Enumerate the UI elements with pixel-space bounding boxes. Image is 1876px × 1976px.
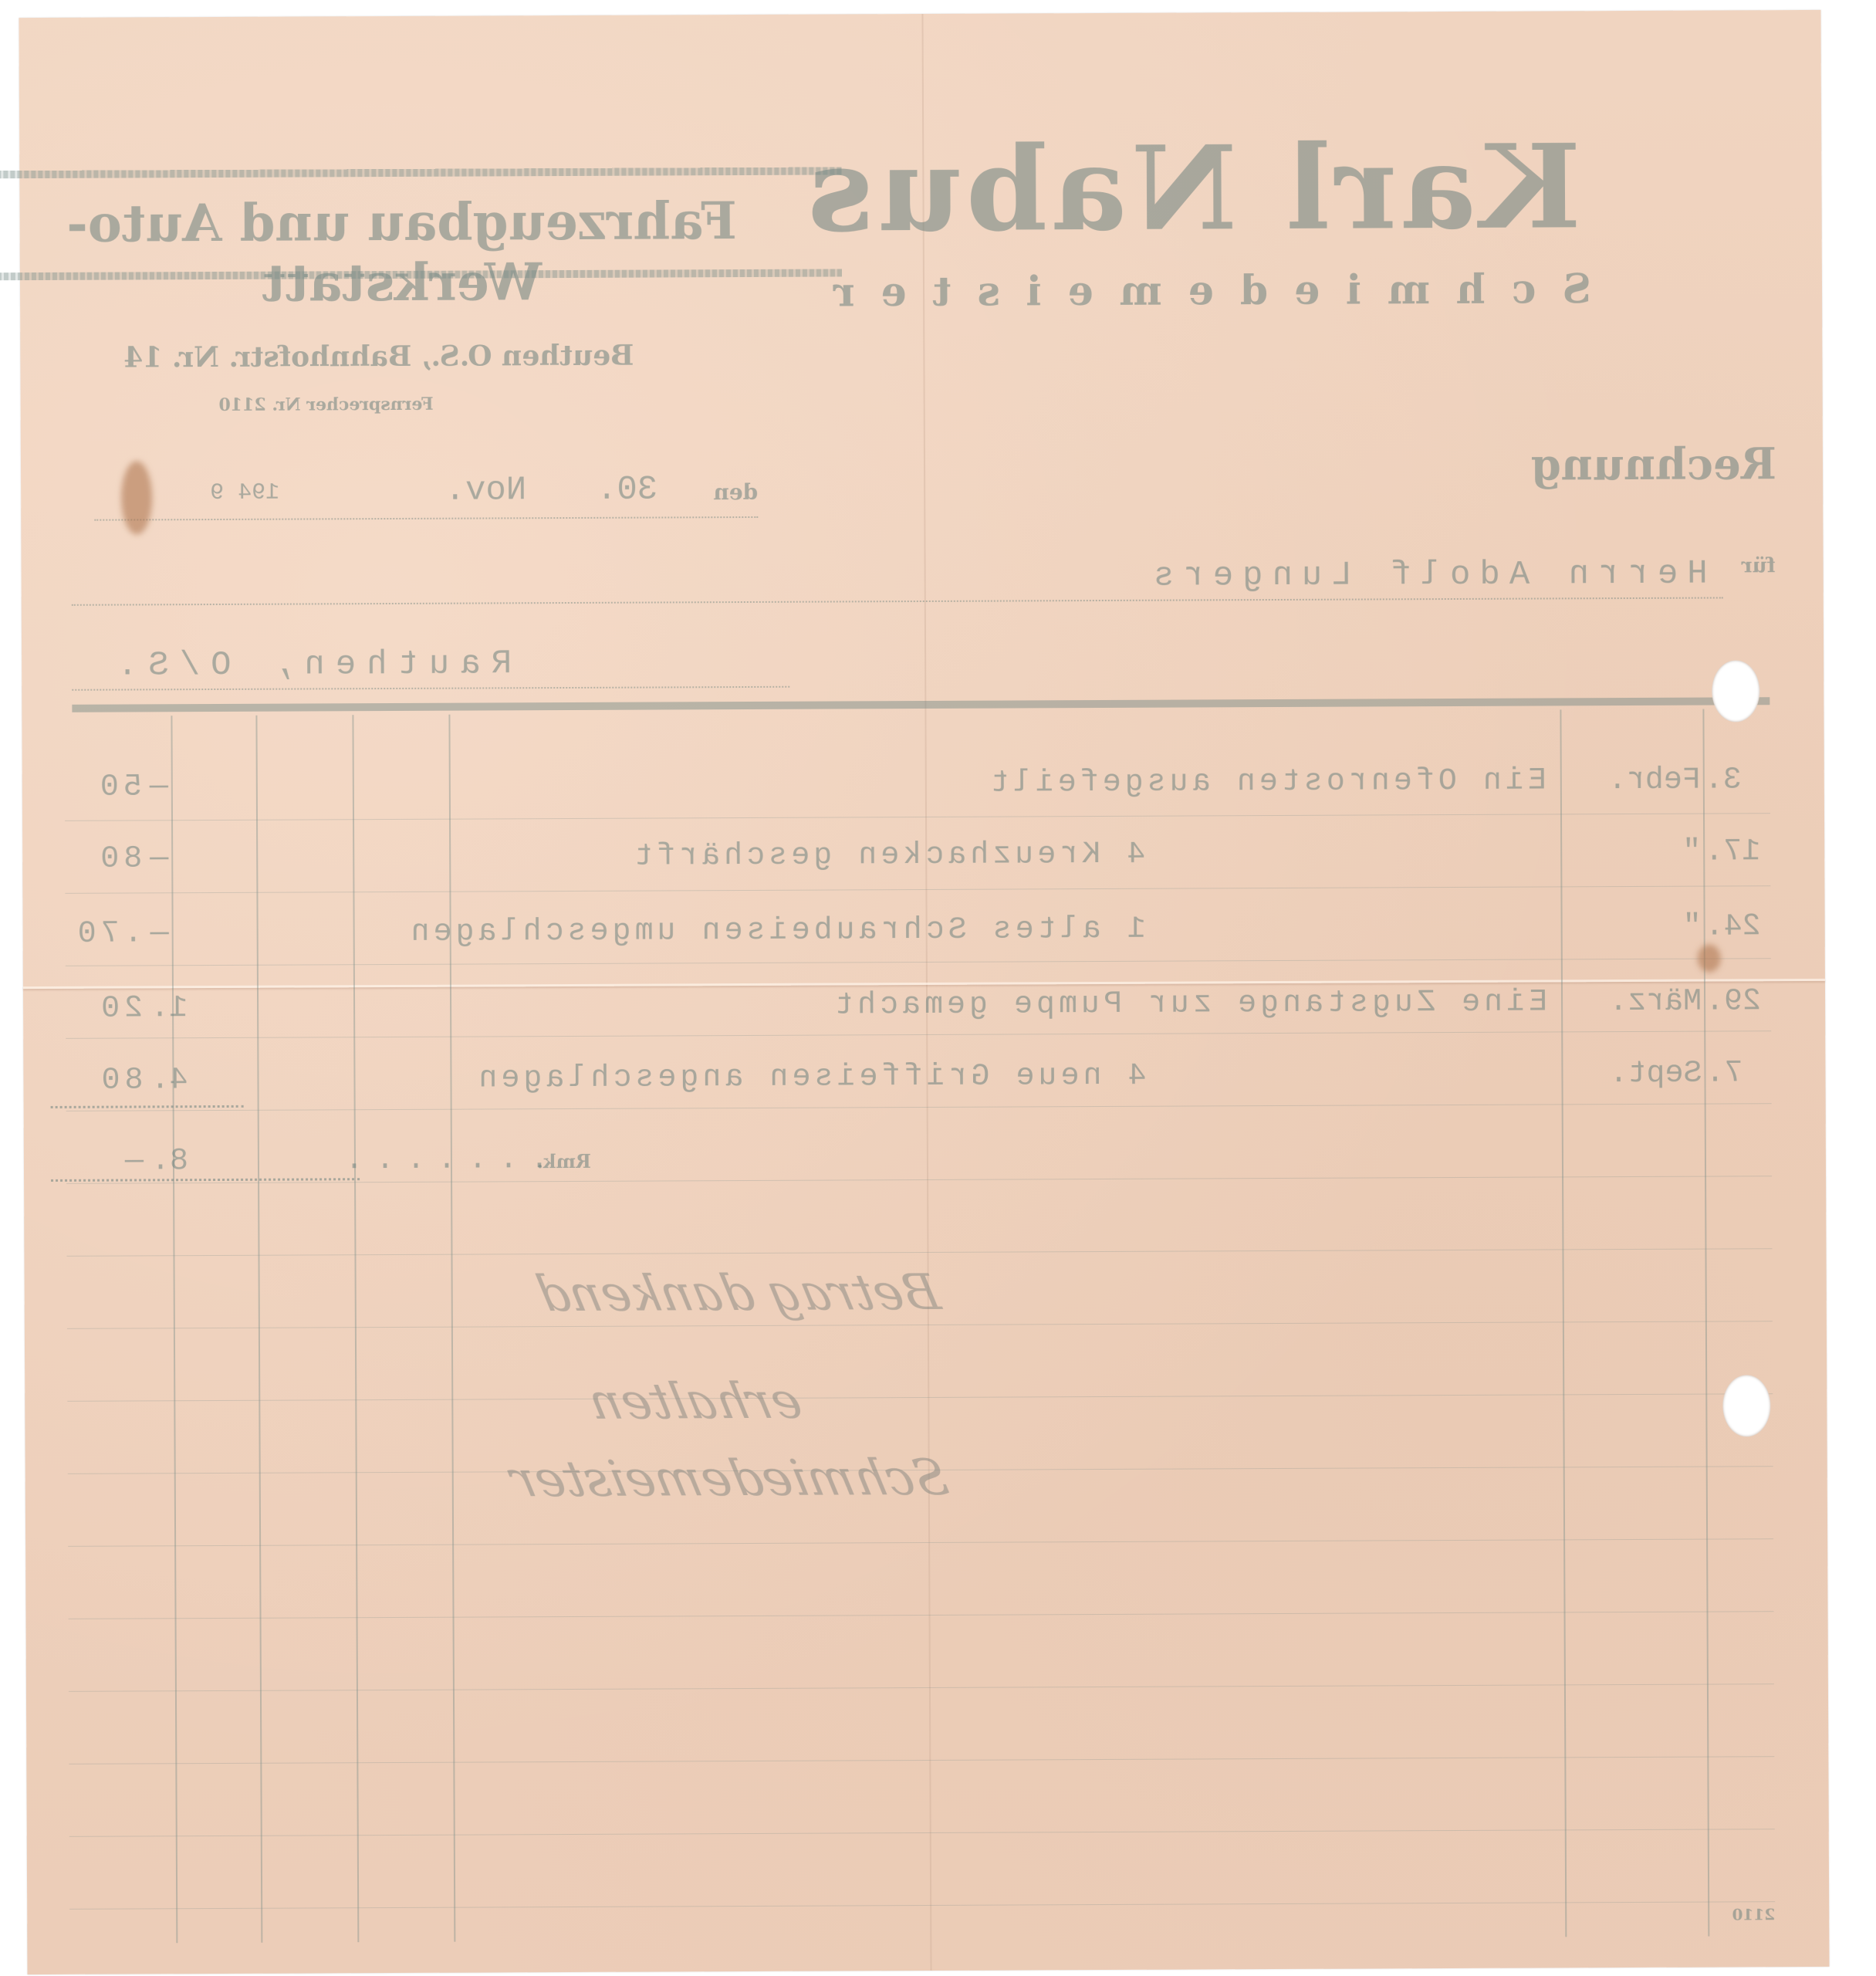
ruled-line <box>67 1321 1773 1329</box>
handwritten-note-line-2: erhalten <box>583 1373 806 1431</box>
ruled-line <box>67 1393 1773 1402</box>
stain-mark <box>1698 944 1721 972</box>
line-item: 24. " 1 altes Schraubeisen umgeschlagen … <box>23 909 1825 986</box>
total-leader-dots: ....... <box>333 1142 549 1178</box>
ruled-line <box>69 1756 1774 1765</box>
handwritten-signature: Schmiedemeister <box>505 1450 954 1508</box>
item-month: Febr. <box>1585 763 1701 799</box>
item-day: 29. <box>1705 984 1779 1019</box>
item-pfennig: 50 <box>65 770 142 804</box>
document-type: Rechnung <box>1531 438 1777 490</box>
total-pfennig: — <box>120 1144 144 1179</box>
handwritten-note-line-1: Betrag dankend <box>532 1264 945 1323</box>
recipient-prefix: für <box>1742 554 1776 577</box>
punch-hole-top <box>1712 660 1759 722</box>
item-description: Ein Ofenrosten ausgefeilt <box>987 763 1546 800</box>
table-header-rule <box>72 697 1770 712</box>
invoice-date: den 30. Nov. 194 9 <box>94 470 758 473</box>
item-day: 17. <box>1705 834 1778 869</box>
recipient-city: Rauthen, O/S. <box>106 645 512 685</box>
item-description: Eine Zugstange zur Pumpe gemacht <box>831 985 1547 1023</box>
item-month: " <box>1586 910 1702 946</box>
item-pfennig: 80 <box>66 1063 143 1098</box>
city-underline <box>72 686 789 691</box>
item-day: 3. <box>1705 763 1778 797</box>
item-pfennig: 80 <box>65 841 142 876</box>
invoice-total: Rmk. ....... 8. — <box>24 1137 1826 1145</box>
grid-lines <box>19 10 1820 18</box>
item-month: März. <box>1586 985 1702 1020</box>
firm-address: Beuthen O.S., Bahnhofstr. Nr. 14 <box>123 340 634 374</box>
line-item: 29. März. Eine Zugstange zur Pumpe gemac… <box>23 984 1825 1061</box>
date-year: 194 9 <box>210 480 279 506</box>
ruled-line <box>68 1538 1773 1547</box>
date-month: Nov. <box>444 471 526 509</box>
item-month: " <box>1585 835 1701 871</box>
ruled-line <box>69 1683 1774 1692</box>
firm-phone: Fernsprecher Nr. 2110 <box>218 394 433 415</box>
item-description: 1 altes Schraubeisen umgeschlagen <box>407 912 1145 950</box>
stain-mark <box>121 461 152 534</box>
line-item: 7. Sept. 4 neue Griffeisen angeschlagen … <box>23 1056 1825 1133</box>
item-marks: — <box>150 841 204 876</box>
punch-hole-bottom <box>1722 1375 1770 1436</box>
firm-business: Fahrzeugbau und Auto-Werkstatt <box>0 190 842 314</box>
line-item: 3. Febr. Ein Ofenrosten ausgefeilt — 50 <box>22 763 1824 840</box>
date-prefix: den <box>713 479 758 505</box>
item-day: 24. <box>1705 909 1779 944</box>
total-marks: 8. <box>151 1144 205 1179</box>
recipient-name: Herrn Adolf Lungers <box>1144 555 1708 596</box>
letterhead-rule-top <box>0 167 841 178</box>
ruled-line <box>69 1901 1775 1910</box>
item-marks: — <box>150 916 205 951</box>
mirrored-show-through: Karl Nabus Schmiedemeister Fahrzeugbau u… <box>19 10 1829 1974</box>
date-day: 30. <box>597 471 657 509</box>
item-pfennig: 20 <box>66 991 143 1026</box>
printer-mark: 2110 <box>1732 1905 1775 1924</box>
invoice-paper: Karl Nabus Schmiedemeister Fahrzeugbau u… <box>19 10 1829 1974</box>
item-description: 4 neue Griffeisen angeschlagen <box>475 1059 1146 1097</box>
firm-title: Schmiedemeister <box>807 266 1591 316</box>
line-item: 17. " 4 Kreuzhacken geschärft — 80 <box>22 834 1824 912</box>
item-pfennig: .70 <box>66 916 143 951</box>
item-marks: 4. <box>150 1063 205 1098</box>
item-month: Sept. <box>1586 1057 1702 1092</box>
item-marks: — <box>150 770 204 804</box>
item-description: 4 Kreuzhacken geschärft <box>630 837 1145 875</box>
ruled-line <box>69 1829 1775 1837</box>
ruled-line <box>69 1611 1774 1619</box>
total-rule <box>51 1178 360 1182</box>
item-marks: 1. <box>150 991 205 1026</box>
date-underline <box>94 516 758 521</box>
ruled-line <box>66 1248 1772 1257</box>
item-day: 7. <box>1705 1056 1779 1091</box>
recipient-underline <box>72 597 1723 605</box>
firm-name: Karl Nabus <box>803 119 1581 258</box>
